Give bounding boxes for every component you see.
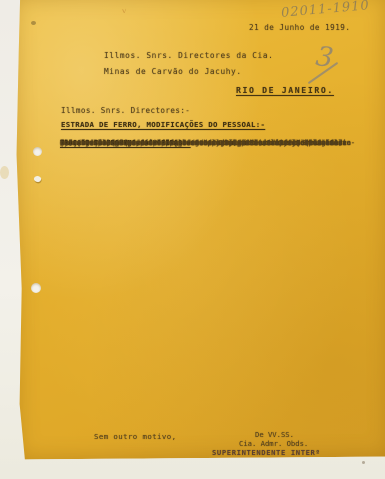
- section-heading-personnel: ESTRADA DE FERRO, MODIFICAÇÕES DO PESSOA…: [61, 120, 265, 129]
- addressee-line-1: Illmos. Snrs. Directores da Cia.: [104, 51, 273, 60]
- scanned-letter: ᵥ 02011-1910 3 21 de Junho de 1919. Illm…: [0, 0, 385, 479]
- superintendent-stamp-line: SUPERINTENDENTE INTERº: [212, 448, 320, 457]
- signature-line-2: Cia. Admr. Obds.: [239, 439, 308, 448]
- closing-line: Sem outro motivo,: [94, 432, 176, 441]
- signature-line-1: De VV.SS.: [255, 430, 294, 439]
- addressee-line-2: Minas de Carvão do Jacuhy.: [104, 67, 242, 76]
- body-line: tuindo o anteriormente apresentado pelo …: [60, 136, 326, 151]
- city-line: RIO DE JANEIRO.: [236, 85, 334, 95]
- date-line: 21 de Junho de 1919.: [249, 23, 350, 32]
- salutation-line: Illmos. Snrs. Directores:-: [61, 106, 190, 115]
- typed-text-layer: 21 de Junho de 1919. Illmos. Snrs. Direc…: [0, 0, 385, 479]
